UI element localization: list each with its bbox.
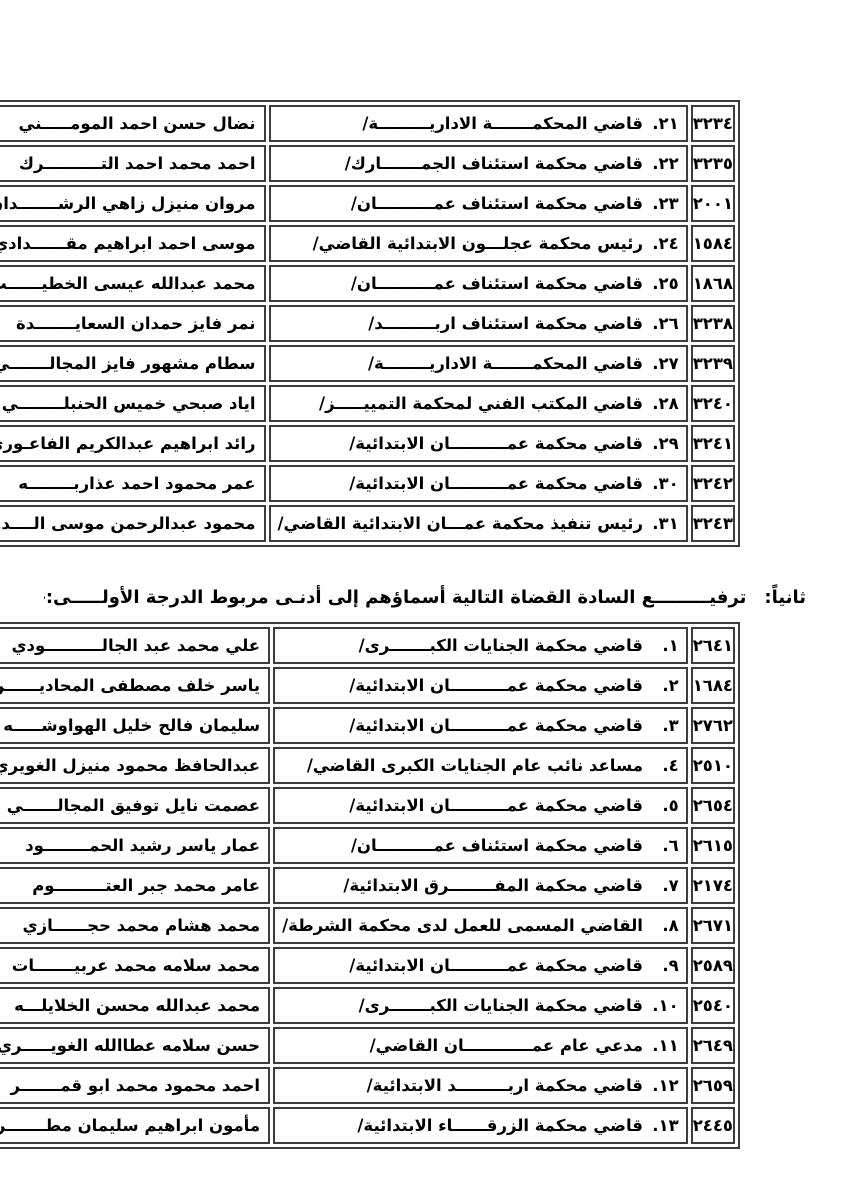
row-serial: ٧. [649, 869, 679, 902]
judge-position-cell: ١. قاضي محكمة الجنايات الكبـــــــرى/ [273, 627, 688, 664]
table-row: ٣٢٤٢٣٠. قاضي محكمة عمــــــــــان الابتد… [0, 465, 735, 502]
judge-position-cell: ٢٩. قاضي محكمة عمــــــــــان الابتدائية… [269, 425, 688, 462]
judge-position-cell: ٢٢. قاضي محكمة استئناف الجمـــــــارك/ [269, 145, 688, 182]
judge-position-cell: ٢٧. قاضي المحكمـــــــة الاداريــــــــة… [269, 345, 688, 382]
position-title: قاضي محكمة عمــــــــــان الابتدائية/ [349, 434, 648, 453]
row-serial: ٤. [649, 749, 679, 782]
judge-name-cell: احمد محمد احمد التــــــــــرك [0, 145, 266, 182]
judge-id-number-cell: ٣٢٤٢ [691, 465, 735, 502]
judge-id-number-cell: ٢٦٤١ [691, 627, 735, 664]
judge-id-number-cell: ٣٢٤١ [691, 425, 735, 462]
judge-name-cell: مروان منيزل زاهي الرشـــــــدان [0, 185, 266, 222]
judge-position-cell: ٢٥. قاضي محكمة استئناف عمــــــــــان/ [269, 265, 688, 302]
table-row: ٣٢٣٤٢١. قاضي المحكمـــــــة الاداريـــــ… [0, 105, 735, 142]
judge-id-number-cell: ٣٢٣٤ [691, 105, 735, 142]
position-title: قاضي محكمة الجنايات الكبـــــــرى/ [359, 636, 649, 655]
table-row: ٢١٧٤٧. قاضي محكمة المفــــــــرق الابتدا… [0, 867, 735, 904]
table-row: ٢٥١٠٤. مساعد نائب عام الجنايات الكبرى ال… [0, 747, 735, 784]
judge-position-cell: ٣٠. قاضي محكمة عمــــــــــان الابتدائية… [269, 465, 688, 502]
judge-name-cell: محمد هشام محمد حجــــــازي [0, 907, 270, 944]
row-serial: ٨. [649, 909, 679, 942]
judge-id-number-cell: ٢٦١٥ [691, 827, 735, 864]
row-serial: ٢١. [649, 107, 679, 140]
judge-name-cell: عبدالحافظ محمود منيزل الغويري [0, 747, 270, 784]
judge-id-number-cell: ٣٢٤٣ [691, 505, 735, 542]
judge-name-cell: نمر فايز حمدان السعايـــــــدة [0, 305, 266, 342]
position-title: قاضي محكمة اربـــــــــد الابتدائية/ [367, 1076, 649, 1095]
position-title: قاضي المحكمـــــــة الاداريـــــــــة/ [362, 114, 648, 133]
judge-id-number-cell: ٢٦٤٩ [691, 1027, 735, 1064]
position-title: قاضي المحكمـــــــة الاداريــــــــة/ [368, 354, 649, 373]
section-two-text: ترفيـــــــــع السادة القضاة التالية أسم… [44, 583, 746, 613]
row-serial: ١٢. [649, 1069, 679, 1102]
position-title: قاضي محكمة عمــــــــــان الابتدائية/ [349, 716, 648, 735]
position-title: قاضي محكمة عمــــــــــان الابتدائية/ [349, 956, 648, 975]
row-serial: ٢. [649, 669, 679, 702]
judge-position-cell: ٧. قاضي محكمة المفــــــــرق الابتدائية/ [273, 867, 688, 904]
table-row: ١٥٨٤٢٤. رئيس محكمة عجلـــون الابتدائية ا… [0, 225, 735, 262]
table-row: ٢٦٤١١. قاضي محكمة الجنايات الكبـــــــرى… [0, 627, 735, 664]
judge-id-number-cell: ٢١٧٤ [691, 867, 735, 904]
position-title: رئيس محكمة عجلـــون الابتدائية القاضي/ [313, 234, 649, 253]
judge-name-cell: محمود عبدالرحمن موسى الــــدوس [0, 505, 266, 542]
position-title: قاضي محكمة عمــــــــــان الابتدائية/ [349, 796, 648, 815]
row-serial: ٢٥. [649, 267, 679, 300]
judge-position-cell: ٥. قاضي محكمة عمــــــــــان الابتدائية/ [273, 787, 688, 824]
table-row: ١٦٨٤٢. قاضي محكمة عمــــــــــان الابتدا… [0, 667, 735, 704]
row-serial: ٢٢. [649, 147, 679, 180]
judge-name-cell: مأمون ابراهيم سليمان مطـــــــر [0, 1107, 270, 1144]
row-serial: ٥. [649, 789, 679, 822]
judge-position-cell: ٤. مساعد نائب عام الجنايات الكبرى القاضي… [273, 747, 688, 784]
judge-name-cell: سليمان فالح خليل الهواوشـــــه [0, 707, 270, 744]
table-row: ٣٢٤٠٢٨. قاضي المكتب الفني لمحكمة التمييـ… [0, 385, 735, 422]
judge-id-number-cell: ٢٤٤٥ [691, 1107, 735, 1144]
judge-name-cell: نضال حسن احمد المومـــــني [0, 105, 266, 142]
judge-name-cell: محمد عبدالله عيسى الخطيــــــب [0, 265, 266, 302]
table-row: ٣٢٤٣٣١. رئيس تنفيذ محكمة عمـــان الابتدا… [0, 505, 735, 542]
judge-id-number-cell: ٣٢٤٠ [691, 385, 735, 422]
judge-name-cell: عمار ياسر رشيد الحمــــــــود [0, 827, 270, 864]
table-row: ٣٢٣٩٢٧. قاضي المحكمـــــــة الاداريـــــ… [0, 345, 735, 382]
position-title: مدعي عام عمــــــــــــان القاضي/ [370, 1036, 649, 1055]
table-row: ٢٦٤٩١١. مدعي عام عمــــــــــــان القاضي… [0, 1027, 735, 1064]
judge-position-cell: ١٢. قاضي محكمة اربـــــــــد الابتدائية/ [273, 1067, 688, 1104]
judge-position-cell: ٣. قاضي محكمة عمــــــــــان الابتدائية/ [273, 707, 688, 744]
judge-id-number-cell: ١٥٨٤ [691, 225, 735, 262]
position-title: قاضي محكمة استئناف عمــــــــــان/ [351, 274, 649, 293]
judge-name-cell: ياسر خلف مصطفى المحاديــــــن [0, 667, 270, 704]
row-serial: ٢٧. [649, 347, 679, 380]
judge-name-cell: عصمت نايل توفيق المجالــــــي [0, 787, 270, 824]
section-two-heading: ثانياً: ترفيـــــــــع السادة القضاة الت… [44, 583, 806, 613]
judge-name-cell: موسى احمد ابراهيم مقــــــدادي [0, 225, 266, 262]
judge-id-number-cell: ٢٦٧١ [691, 907, 735, 944]
row-serial: ٢٣. [649, 187, 679, 220]
judge-id-number-cell: ٢٥٨٩ [691, 947, 735, 984]
position-title: القاضي المسمى للعمل لدى محكمة الشرطة/ [282, 916, 649, 935]
table-row: ٢٧٦٢٣. قاضي محكمة عمــــــــــان الابتدا… [0, 707, 735, 744]
row-serial: ٣. [649, 709, 679, 742]
row-serial: ٢٦. [649, 307, 679, 340]
judge-position-cell: ٢١. قاضي المحكمـــــــة الاداريـــــــــ… [269, 105, 688, 142]
judge-name-cell: محمد عبدالله محسن الخلايلـــه [0, 987, 270, 1024]
row-serial: ٢٤. [649, 227, 679, 260]
document-page: ٣٢٣٤٢١. قاضي المحكمـــــــة الاداريـــــ… [0, 0, 850, 1192]
position-title: قاضي محكمة المفــــــــرق الابتدائية/ [343, 876, 648, 895]
table-row: ٢٦٧١٨. القاضي المسمى للعمل لدى محكمة الش… [0, 907, 735, 944]
judge-id-number-cell: ٢٥١٠ [691, 747, 735, 784]
judge-name-cell: عامر محمد جبر العتـــــــــوم [0, 867, 270, 904]
judge-id-number-cell: ٢٦٥٩ [691, 1067, 735, 1104]
judge-position-cell: ٩. قاضي محكمة عمــــــــــان الابتدائية/ [273, 947, 688, 984]
judge-position-cell: ٦. قاضي محكمة استئناف عمــــــــــان/ [273, 827, 688, 864]
judge-id-number-cell: ٢٧٦٢ [691, 707, 735, 744]
position-title: قاضي محكمة عمــــــــــان الابتدائية/ [349, 676, 648, 695]
judge-id-number-cell: ٣٢٣٨ [691, 305, 735, 342]
judge-id-number-cell: ٣٢٣٥ [691, 145, 735, 182]
judge-id-number-cell: ٢٥٤٠ [691, 987, 735, 1024]
row-serial: ٢٨. [649, 387, 679, 420]
table-row: ٢٤٤٥١٣. قاضي محكمة الزرقــــــاء الابتدا… [0, 1107, 735, 1144]
row-serial: ١٣. [649, 1109, 679, 1142]
judge-position-cell: ٢٨. قاضي المكتب الفني لمحكمة التمييـــــ… [269, 385, 688, 422]
row-serial: ١. [649, 629, 679, 662]
row-serial: ١١. [649, 1029, 679, 1062]
judge-position-cell: ١١. مدعي عام عمــــــــــــان القاضي/ [273, 1027, 688, 1064]
judge-name-cell: علي محمد عبد الجالــــــــــودي [0, 627, 270, 664]
table-row: ٢٠٠١٢٣. قاضي محكمة استئناف عمــــــــــا… [0, 185, 735, 222]
promotion-table-first: ٣٢٣٤٢١. قاضي المحكمـــــــة الاداريـــــ… [0, 100, 740, 547]
judge-name-cell: احمد محمود محمد ابو قمـــــــر [0, 1067, 270, 1104]
table-row: ٣٢٣٥٢٢. قاضي محكمة استئناف الجمـــــــار… [0, 145, 735, 182]
row-serial: ٦. [649, 829, 679, 862]
position-title: مساعد نائب عام الجنايات الكبرى القاضي/ [307, 756, 649, 775]
judge-id-number-cell: ٢٦٥٤ [691, 787, 735, 824]
position-title: قاضي محكمة استئناف اربـــــــــد/ [368, 314, 649, 333]
position-title: قاضي محكمة الجنايات الكبـــــــرى/ [359, 996, 649, 1015]
judge-position-cell: ٨. القاضي المسمى للعمل لدى محكمة الشرطة/ [273, 907, 688, 944]
table-row: ٢٦٥٩١٢. قاضي محكمة اربـــــــــد الابتدا… [0, 1067, 735, 1104]
judge-position-cell: ٢٤. رئيس محكمة عجلـــون الابتدائية القاض… [269, 225, 688, 262]
judge-position-cell: ٢٣. قاضي محكمة استئناف عمــــــــــان/ [269, 185, 688, 222]
promotion-table-second-body: ٢٦٤١١. قاضي محكمة الجنايات الكبـــــــرى… [0, 627, 735, 1144]
judge-position-cell: ٢٦. قاضي محكمة استئناف اربـــــــــد/ [269, 305, 688, 342]
judge-name-cell: سطام مشهور فايز المجالـــــــي [0, 345, 266, 382]
table-row: ٢٥٤٠١٠. قاضي محكمة الجنايات الكبـــــــر… [0, 987, 735, 1024]
table-row: ٣٢٤١٢٩. قاضي محكمة عمــــــــــان الابتد… [0, 425, 735, 462]
table-row: ٣٢٣٨٢٦. قاضي محكمة استئناف اربـــــــــد… [0, 305, 735, 342]
row-serial: ١٠. [649, 989, 679, 1022]
table-row: ٢٦١٥٦. قاضي محكمة استئناف عمــــــــــان… [0, 827, 735, 864]
row-serial: ٣١. [649, 507, 679, 540]
judge-name-cell: اياد صبحي خميس الحنبلــــــــي [0, 385, 266, 422]
judge-name-cell: محمد سلامه محمد عربيـــــــات [0, 947, 270, 984]
judge-id-number-cell: ١٨٦٨ [691, 265, 735, 302]
table-row: ٢٥٨٩٩. قاضي محكمة عمــــــــــان الابتدا… [0, 947, 735, 984]
judge-id-number-cell: ٢٠٠١ [691, 185, 735, 222]
judge-id-number-cell: ١٦٨٤ [691, 667, 735, 704]
judge-name-cell: رائد ابراهيم عبدالكريم الفاعـوري [0, 425, 266, 462]
table-row: ٢٦٥٤٥. قاضي محكمة عمــــــــــان الابتدا… [0, 787, 735, 824]
promotion-table-second: ٢٦٤١١. قاضي محكمة الجنايات الكبـــــــرى… [0, 622, 740, 1149]
judge-id-number-cell: ٣٢٣٩ [691, 345, 735, 382]
judge-position-cell: ١٠. قاضي محكمة الجنايات الكبـــــــرى/ [273, 987, 688, 1024]
position-title: قاضي محكمة استئناف عمــــــــــان/ [351, 836, 649, 855]
section-two-label: ثانياً: [764, 583, 806, 613]
judge-name-cell: عمر محمود احمد عذاربــــــــه [0, 465, 266, 502]
position-title: قاضي محكمة استئناف عمــــــــــان/ [351, 194, 649, 213]
judge-position-cell: ١٣. قاضي محكمة الزرقــــــاء الابتدائية/ [273, 1107, 688, 1144]
position-title: قاضي محكمة استئناف الجمـــــــارك/ [345, 154, 649, 173]
position-title: رئيس تنفيذ محكمة عمـــان الابتدائية القا… [278, 514, 649, 533]
position-title: قاضي محكمة عمــــــــــان الابتدائية/ [349, 474, 648, 493]
judge-position-cell: ٣١. رئيس تنفيذ محكمة عمـــان الابتدائية … [269, 505, 688, 542]
promotion-table-first-body: ٣٢٣٤٢١. قاضي المحكمـــــــة الاداريـــــ… [0, 105, 735, 542]
row-serial: ٣٠. [649, 467, 679, 500]
position-title: قاضي محكمة الزرقــــــاء الابتدائية/ [357, 1116, 648, 1135]
judge-name-cell: حسن سلامه عطاالله الغويـــــري [0, 1027, 270, 1064]
judge-position-cell: ٢. قاضي محكمة عمــــــــــان الابتدائية/ [273, 667, 688, 704]
table-row: ١٨٦٨٢٥. قاضي محكمة استئناف عمــــــــــا… [0, 265, 735, 302]
row-serial: ٢٩. [649, 427, 679, 460]
position-title: قاضي المكتب الفني لمحكمة التمييـــــز/ [319, 394, 649, 413]
row-serial: ٩. [649, 949, 679, 982]
